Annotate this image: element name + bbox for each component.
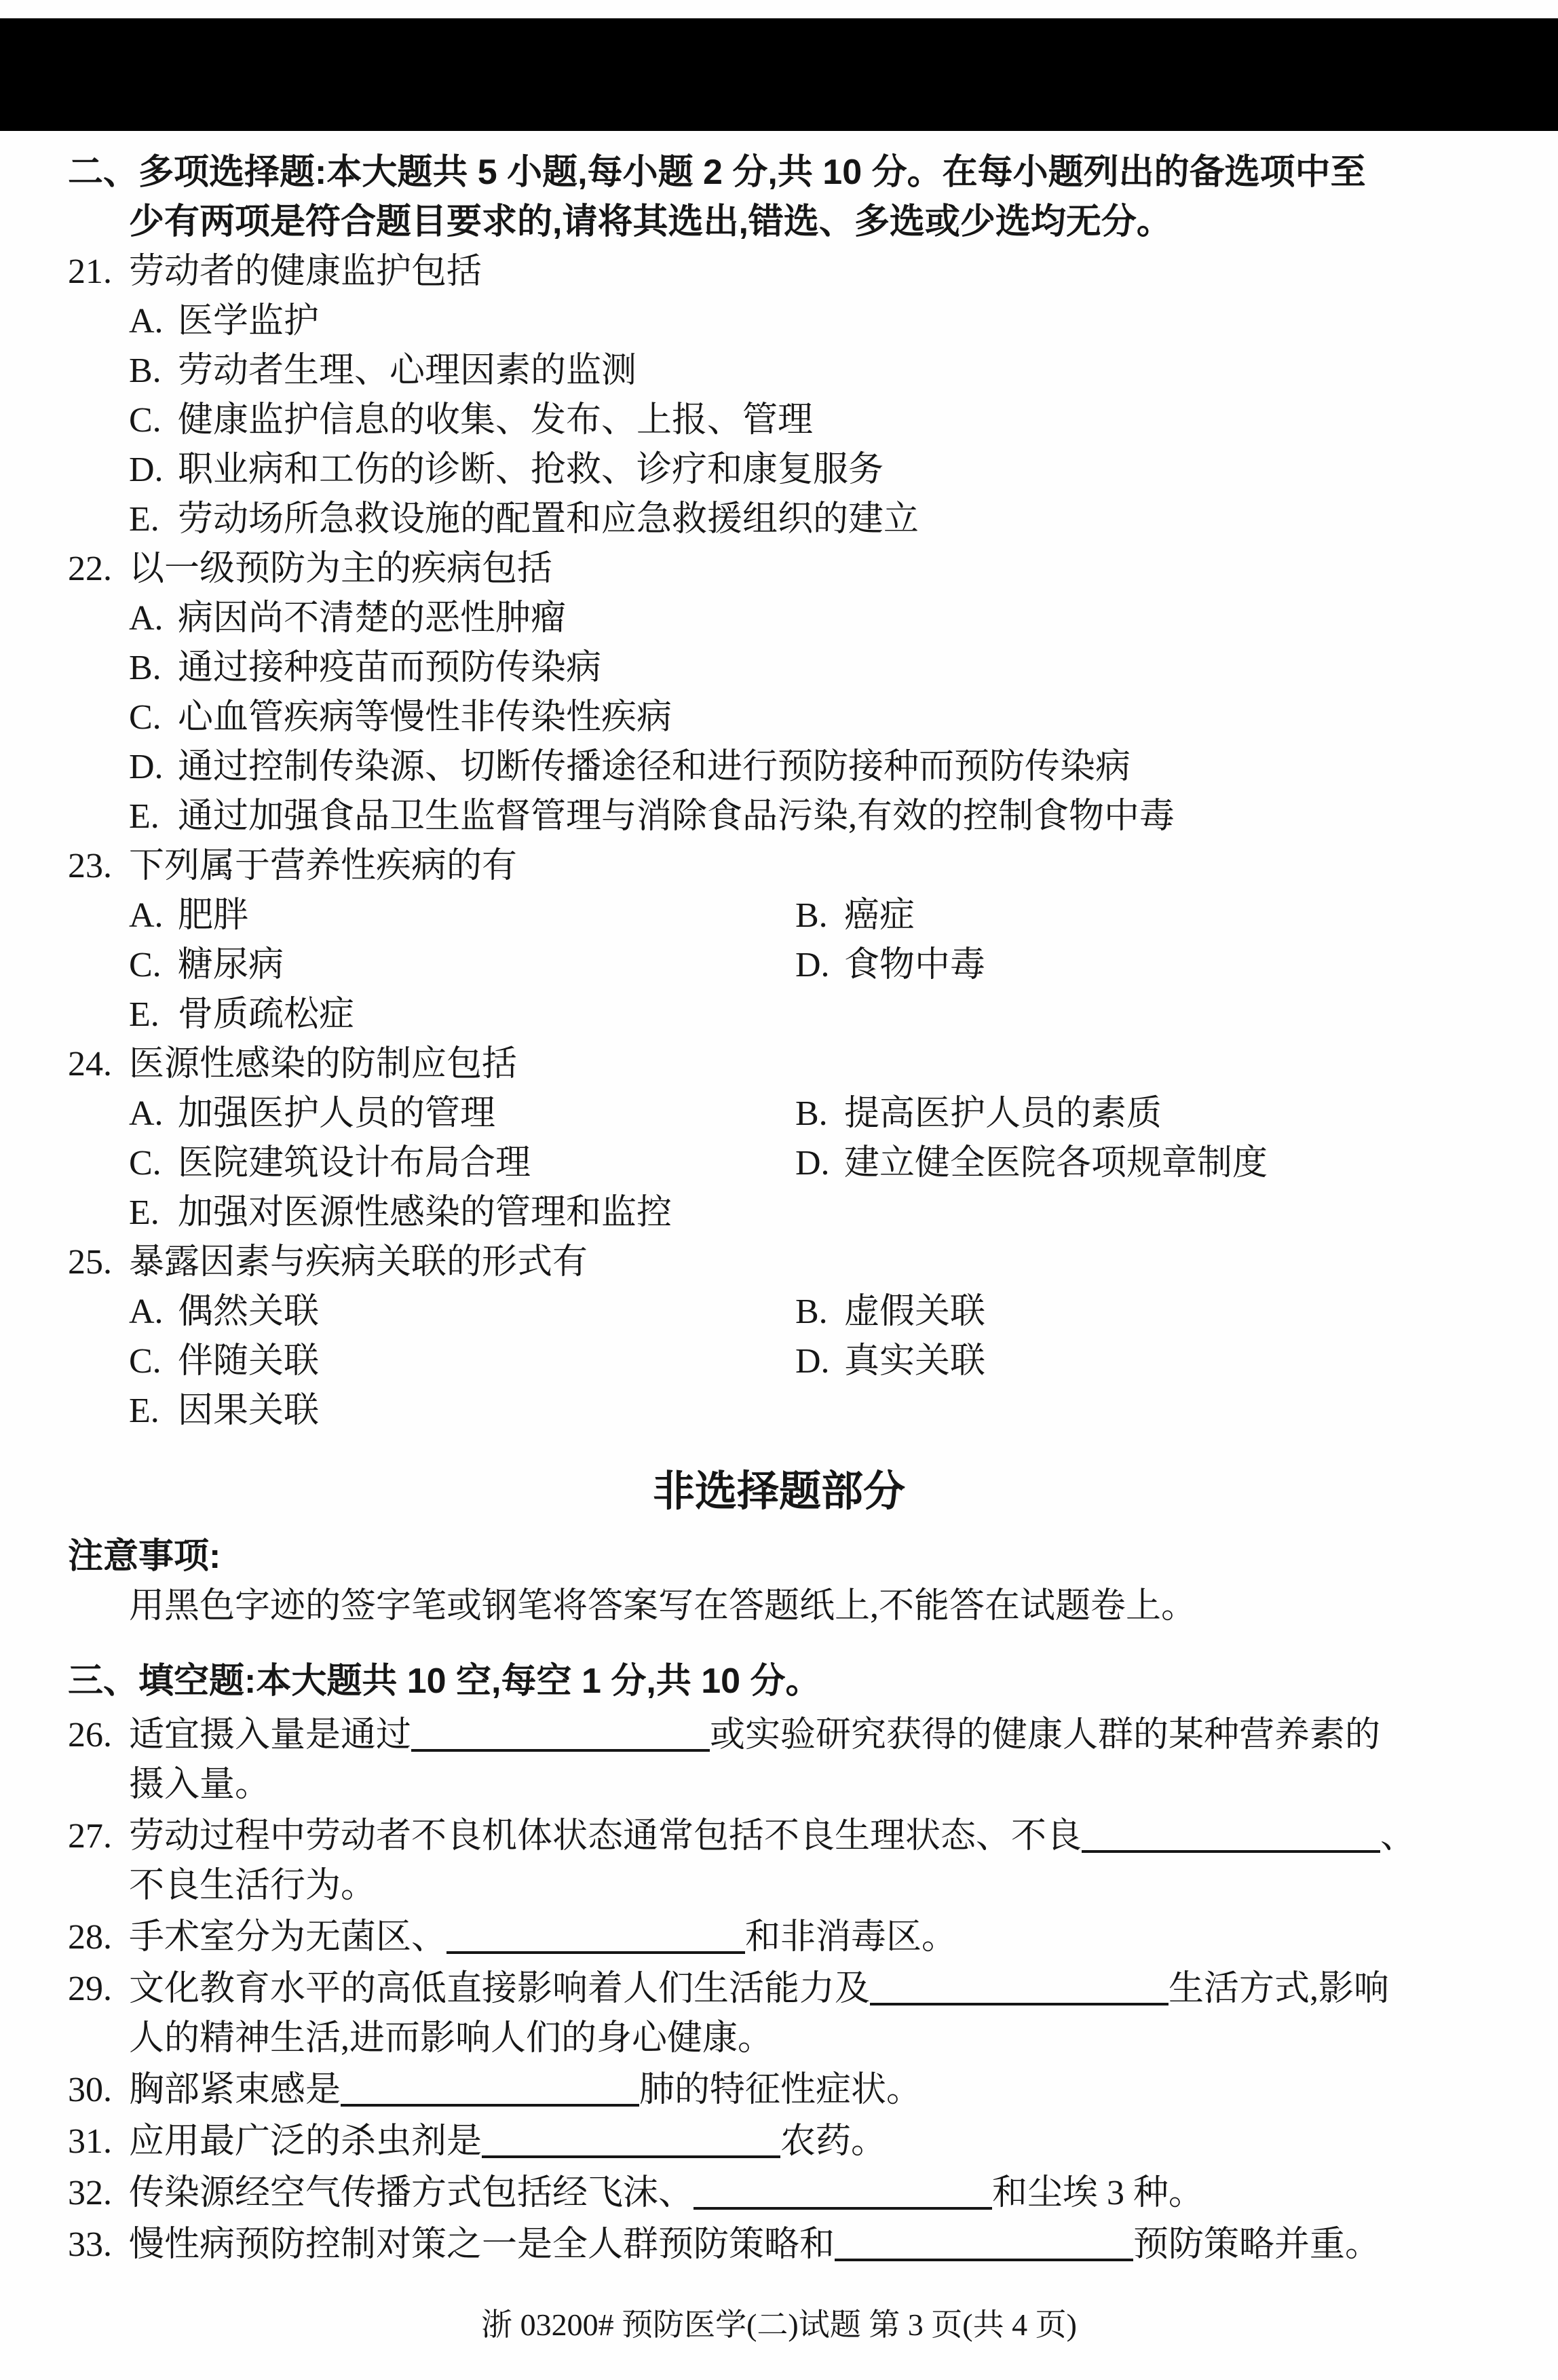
option-label: C. xyxy=(129,1337,178,1386)
question-number: 22. xyxy=(68,544,129,594)
option-label: C. xyxy=(129,396,178,445)
question-number: 27. xyxy=(68,1811,129,1861)
option-text: 癌症 xyxy=(844,896,915,935)
option-text: 糖尿病 xyxy=(178,946,284,984)
question-number: 29. xyxy=(68,1964,129,2014)
question-stem-line: 25.暴露因素与疾病关联的形式有 xyxy=(0,1237,1558,1287)
option-label: B. xyxy=(795,1089,844,1138)
section-two-heading: 二、多项选择题:本大题共 5 小题,每小题 2 分,共 10 分。在每小题列出的… xyxy=(0,148,1558,247)
option-text: 职业病和工伤的诊断、抢救、诊疗和康复服务 xyxy=(178,450,883,489)
question-number: 31. xyxy=(68,2117,129,2166)
option-label: C. xyxy=(129,693,178,742)
option: A.加强医护人员的管理 xyxy=(129,1089,795,1138)
option: D.通过控制传染源、切断传播途径和进行预防接种而预防传染病 xyxy=(0,742,1558,792)
fill-in-blank xyxy=(1082,1818,1380,1853)
option: A.医学监护 xyxy=(0,296,1558,346)
question-number: 32. xyxy=(68,2168,129,2218)
option: B.劳动者生理、心理因素的监测 xyxy=(0,346,1558,396)
fill-in-blank xyxy=(411,1716,710,1752)
option-label: B. xyxy=(795,1287,844,1337)
option-text: 建立健全医院各项规章制度 xyxy=(844,1144,1268,1183)
question-21: 21.劳动者的健康监护包括 A.医学监护 B.劳动者生理、心理因素的监测 C.健… xyxy=(0,247,1558,544)
page-footer: 浙 03200# 预防医学(二)试题 第 3 页(共 4 页) xyxy=(0,2304,1558,2346)
question-27: 27.劳动过程中劳动者不良机体状态通常包括不良生理状态、不良、 不良生活行为。 xyxy=(0,1811,1558,1911)
option-row: C.医院建筑设计布局合理 D.建立健全医院各项规章制度 xyxy=(0,1138,1558,1188)
fill-in-blank xyxy=(693,2174,992,2210)
option: D.职业病和工伤的诊断、抢救、诊疗和康复服务 xyxy=(0,445,1558,495)
question-number: 33. xyxy=(68,2220,129,2269)
option-text: 因果关联 xyxy=(178,1391,319,1430)
option: E.骨质疏松症 xyxy=(0,990,1558,1039)
option: C.伴随关联 xyxy=(129,1337,795,1386)
option-row: C.伴随关联 D.真实关联 xyxy=(0,1337,1558,1386)
option-label: A. xyxy=(129,594,178,643)
option-row: A.加强医护人员的管理 B.提高医护人员的素质 xyxy=(0,1089,1558,1138)
option-text: 加强医护人员的管理 xyxy=(178,1094,495,1133)
option: D.真实关联 xyxy=(795,1337,1558,1386)
question-29: 29.文化教育水平的高低直接影响着人们生活能力及生活方式,影响 人的精神生活,进… xyxy=(0,1964,1558,2063)
option-label: D. xyxy=(795,940,844,990)
option-label: C. xyxy=(129,940,178,990)
question-text: 慢性病预防控制对策之一是全人群预防策略和预防策略并重。 xyxy=(129,2225,1380,2264)
question-33: 33.慢性病预防控制对策之一是全人群预防策略和预防策略并重。 xyxy=(0,2220,1558,2269)
question-stem-line: 24.医源性感染的防制应包括 xyxy=(0,1039,1558,1089)
question-30: 30.胸部紧束感是肺的特征性症状。 xyxy=(0,2065,1558,2115)
option: E.因果关联 xyxy=(0,1386,1558,1436)
notice-label: 注意事项: xyxy=(0,1532,1558,1581)
option: E.劳动场所急救设施的配置和应急救援组织的建立 xyxy=(0,495,1558,544)
option-label: A. xyxy=(129,891,178,940)
option-text: 劳动者生理、心理因素的监测 xyxy=(178,351,636,390)
question-stem: 以一级预防为主的疾病包括 xyxy=(129,550,552,588)
option-text: 病因尚不清楚的恶性肿瘤 xyxy=(178,599,566,638)
option: A.肥胖 xyxy=(129,891,795,940)
option: C.医院建筑设计布局合理 xyxy=(129,1138,795,1188)
option-label: A. xyxy=(129,1287,178,1337)
fill-in-blank xyxy=(835,2226,1133,2261)
option: E.加强对医源性感染的管理和监控 xyxy=(0,1188,1558,1237)
option-label: D. xyxy=(129,445,178,495)
question-number: 24. xyxy=(68,1039,129,1089)
question-26: 26.适宜摄入量是通过或实验研究获得的健康人群的某种营养素的 摄入量。 xyxy=(0,1710,1558,1809)
option-row: A.偶然关联 B.虚假关联 xyxy=(0,1287,1558,1337)
option-text: 心血管疾病等慢性非传染性疾病 xyxy=(178,698,672,737)
option-text: 通过控制传染源、切断传播途径和进行预防接种而预防传染病 xyxy=(178,748,1130,786)
option-label: E. xyxy=(129,1386,178,1436)
option-text: 提高医护人员的素质 xyxy=(844,1094,1162,1133)
option-label: D. xyxy=(795,1138,844,1188)
question-text: 应用最广泛的杀虫剂是农药。 xyxy=(129,2122,886,2161)
option-text: 虚假关联 xyxy=(844,1292,985,1331)
option: B.癌症 xyxy=(795,891,1558,940)
section-three-heading: 三、填空题:本大题共 10 空,每空 1 分,共 10 分。 xyxy=(0,1657,1558,1706)
option-row: A.肥胖 B.癌症 xyxy=(0,891,1558,940)
question-text: 劳动过程中劳动者不良机体状态通常包括不良生理状态、不良、 不良生活行为。 xyxy=(129,1817,1415,1905)
option-row: C.糖尿病 D.食物中毒 xyxy=(0,940,1558,990)
question-stem: 劳动者的健康监护包括 xyxy=(129,252,482,291)
option-label: B. xyxy=(795,891,844,940)
question-text: 文化教育水平的高低直接影响着人们生活能力及生活方式,影响 人的精神生活,进而影响… xyxy=(129,1970,1389,2058)
option: A.病因尚不清楚的恶性肿瘤 xyxy=(0,594,1558,643)
question-25: 25.暴露因素与疾病关联的形式有 A.偶然关联 B.虚假关联 C.伴随关联 D.… xyxy=(0,1237,1558,1436)
question-stem-line: 23.下列属于营养性疾病的有 xyxy=(0,841,1558,891)
option: D.建立健全医院各项规章制度 xyxy=(795,1138,1558,1188)
option-text: 医院建筑设计布局合理 xyxy=(178,1144,531,1183)
option-label: A. xyxy=(129,296,178,346)
option-label: D. xyxy=(129,742,178,792)
question-number: 23. xyxy=(68,841,129,891)
question-text: 适宜摄入量是通过或实验研究获得的健康人群的某种营养素的 摄入量。 xyxy=(129,1716,1380,1804)
option: B.提高医护人员的素质 xyxy=(795,1089,1558,1138)
option-label: E. xyxy=(129,495,178,544)
question-22: 22.以一级预防为主的疾病包括 A.病因尚不清楚的恶性肿瘤 B.通过接种疫苗而预… xyxy=(0,544,1558,841)
question-text: 传染源经空气传播方式包括经飞沫、和尘埃 3 种。 xyxy=(129,2174,1204,2212)
question-stem-line: 21.劳动者的健康监护包括 xyxy=(0,247,1558,296)
question-text: 胸部紧束感是肺的特征性症状。 xyxy=(129,2071,921,2109)
fill-in-blank xyxy=(870,1970,1168,2005)
question-31: 31.应用最广泛的杀虫剂是农药。 xyxy=(0,2117,1558,2166)
option: C.心血管疾病等慢性非传染性疾病 xyxy=(0,693,1558,742)
question-24: 24.医源性感染的防制应包括 A.加强医护人员的管理 B.提高医护人员的素质 C… xyxy=(0,1039,1558,1237)
question-stem: 暴露因素与疾病关联的形式有 xyxy=(129,1243,588,1282)
question-number: 21. xyxy=(68,247,129,296)
question-stem: 医源性感染的防制应包括 xyxy=(129,1045,517,1083)
notice-text: 用黑色字迹的签字笔或钢笔将答案写在答题纸上,不能答在试题卷上。 xyxy=(0,1581,1558,1631)
question-32: 32.传染源经空气传播方式包括经飞沫、和尘埃 3 种。 xyxy=(0,2168,1558,2218)
option-label: E. xyxy=(129,1188,178,1237)
option-label: E. xyxy=(129,792,178,841)
question-number: 26. xyxy=(68,1710,129,1760)
option-label: C. xyxy=(129,1138,178,1188)
option: D.食物中毒 xyxy=(795,940,1558,990)
option: C.健康监护信息的收集、发布、上报、管理 xyxy=(0,396,1558,445)
exam-paper-page: 二、多项选择题:本大题共 5 小题,每小题 2 分,共 10 分。在每小题列出的… xyxy=(0,0,1558,2380)
option: C.糖尿病 xyxy=(129,940,795,990)
page-content: 二、多项选择题:本大题共 5 小题,每小题 2 分,共 10 分。在每小题列出的… xyxy=(0,148,1558,2269)
option-text: 食物中毒 xyxy=(844,946,985,984)
option-text: 加强对医源性感染的管理和监控 xyxy=(178,1193,672,1232)
option-text: 肥胖 xyxy=(178,896,248,935)
top-black-bar xyxy=(0,18,1558,131)
fill-in-blank xyxy=(482,2123,780,2158)
option-text: 通过接种疫苗而预防传染病 xyxy=(178,649,601,687)
question-number: 30. xyxy=(68,2065,129,2115)
question-28: 28.手术室分为无菌区、和非消毒区。 xyxy=(0,1913,1558,1962)
option: A.偶然关联 xyxy=(129,1287,795,1337)
question-stem: 下列属于营养性疾病的有 xyxy=(129,847,517,885)
option: B.虚假关联 xyxy=(795,1287,1558,1337)
option: B.通过接种疫苗而预防传染病 xyxy=(0,643,1558,693)
option-label: A. xyxy=(129,1089,178,1138)
fill-in-blank xyxy=(446,1919,745,1954)
option-label: D. xyxy=(795,1337,844,1386)
non-mcq-part-title: 非选择题部分 xyxy=(0,1460,1558,1524)
option-text: 伴随关联 xyxy=(178,1342,319,1381)
option-label: B. xyxy=(129,346,178,396)
option-text: 偶然关联 xyxy=(178,1292,319,1331)
question-text: 手术室分为无菌区、和非消毒区。 xyxy=(129,1918,957,1957)
option-label: B. xyxy=(129,643,178,693)
option: E.通过加强食品卫生监督管理与消除食品污染,有效的控制食物中毒 xyxy=(0,792,1558,841)
option-label: E. xyxy=(129,990,178,1039)
option-text: 劳动场所急救设施的配置和应急救援组织的建立 xyxy=(178,500,919,539)
question-number: 28. xyxy=(68,1913,129,1962)
fill-in-blank xyxy=(341,2071,639,2107)
option-text: 通过加强食品卫生监督管理与消除食品污染,有效的控制食物中毒 xyxy=(178,797,1175,836)
option-text: 健康监护信息的收集、发布、上报、管理 xyxy=(178,401,813,440)
option-text: 真实关联 xyxy=(844,1342,985,1381)
question-number: 25. xyxy=(68,1237,129,1287)
question-stem-line: 22.以一级预防为主的疾病包括 xyxy=(0,544,1558,594)
option-text: 医学监护 xyxy=(178,302,319,341)
option-text: 骨质疏松症 xyxy=(178,995,354,1034)
question-23: 23.下列属于营养性疾病的有 A.肥胖 B.癌症 C.糖尿病 D.食物中毒 E.… xyxy=(0,841,1558,1039)
